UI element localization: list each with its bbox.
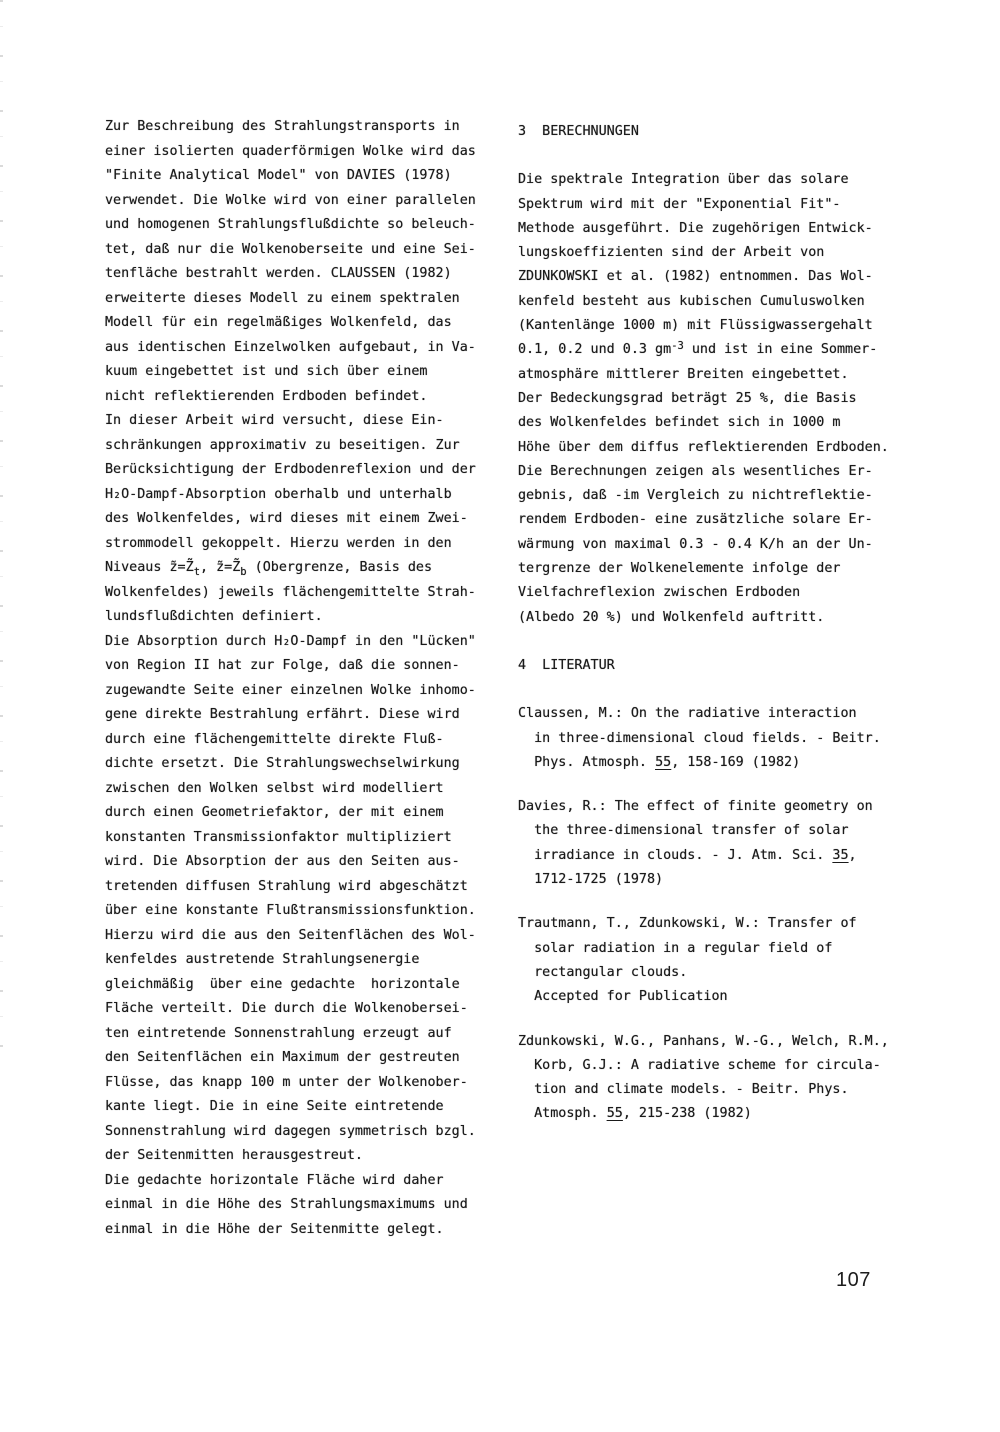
text-line: durch einen Geometriefaktor, der mit ein… xyxy=(105,801,505,826)
underlined-text: 55 xyxy=(655,755,671,770)
text-line: einmal in die Höhe des Strahlungsmaximum… xyxy=(105,1193,505,1218)
text-line: wird. Die Absorption der aus den Seiten … xyxy=(105,850,505,875)
text-line: Die gedachte horizontale Fläche wird dah… xyxy=(105,1169,505,1194)
text-line: dichte ersetzt. Die Strahlungswechselwir… xyxy=(105,752,505,777)
text-line: aus identischen Einzelwolken aufgebaut, … xyxy=(105,336,505,361)
text-line: konstanten Transmissionfaktor multiplizi… xyxy=(105,826,505,851)
text-line: der Seitenmitten herausgestreut. xyxy=(105,1144,505,1169)
text-line: Modell für ein regelmäßiges Wolkenfeld, … xyxy=(105,311,505,336)
text-line: Berücksichtigung der Erdbodenreflexion u… xyxy=(105,458,505,483)
text-line: rectangular clouds. xyxy=(518,961,918,985)
text-line: verwendet. Die Wolke wird von einer para… xyxy=(105,189,505,214)
text-line: gleichmäßig über eine gedachte horizonta… xyxy=(105,973,505,998)
text-line: Niveaus z̃=Z̃t, z̃=Z̃b (Obergrenze, Basi… xyxy=(105,556,505,581)
subscript-text: t xyxy=(194,566,200,578)
text-line: durch eine flächengemittelte direkte Flu… xyxy=(105,728,505,753)
text-line: tet, daß nur die Wolkenoberseite und ein… xyxy=(105,238,505,263)
text-line: Fläche verteilt. Die durch die Wolkenobe… xyxy=(105,997,505,1022)
text-line: 0.1, 0.2 und 0.3 gm-3 und ist in eine So… xyxy=(518,338,918,362)
superscript-text: -3 xyxy=(671,340,684,352)
text-line: tergrenze der Wolkenelemente infolge der xyxy=(518,557,918,581)
reference-entry: Trautmann, T., Zdunkowski, W.: Transfer … xyxy=(518,912,918,1009)
text-line: schränkungen approximativ zu beseitigen.… xyxy=(105,434,505,459)
text-line: Spektrum wird mit der "Exponential Fit"- xyxy=(518,193,918,217)
text-line: des Wolkenfeldes, wird dieses mit einem … xyxy=(105,507,505,532)
reference-entry: Davies, R.: The effect of finite geometr… xyxy=(518,795,918,892)
text-line: irradiance in clouds. - J. Atm. Sci. 35, xyxy=(518,844,918,868)
text-line: und homogenen Strahlungsflußdichte so be… xyxy=(105,213,505,238)
text-line: in three-dimensional cloud fields. - Bei… xyxy=(518,727,918,751)
paragraph: Die spektrale Integration über das solar… xyxy=(518,168,918,630)
text-line: solar radiation in a regular field of xyxy=(518,937,918,961)
text-line: Wolkenfeldes) jeweils flächengemittelte … xyxy=(105,581,505,606)
section-heading: 4 LITERATUR xyxy=(518,654,918,678)
text-line: Trautmann, T., Zdunkowski, W.: Transfer … xyxy=(518,912,918,936)
underlined-text: 35 xyxy=(832,848,848,863)
text-line: Methode ausgeführt. Die zugehörigen Entw… xyxy=(518,217,918,241)
text-line: Flüsse, das knapp 100 m unter der Wolken… xyxy=(105,1071,505,1096)
section-heading: 3 BERECHNUNGEN xyxy=(518,120,918,144)
text-line: Phys. Atmosph. 55, 158-169 (1982) xyxy=(518,751,918,775)
text-line: kenfeld besteht aus kubischen Cumuluswol… xyxy=(518,290,918,314)
text-line: 4 LITERATUR xyxy=(518,654,918,678)
page-number: 107 xyxy=(836,1269,871,1292)
text-line: nicht reflektierenden Erdboden befindet. xyxy=(105,385,505,410)
right-column: 3 BERECHNUNGENDie spektrale Integration … xyxy=(518,120,918,1127)
text-line: Claussen, M.: On the radiative interacti… xyxy=(518,702,918,726)
text-line: 3 BERECHNUNGEN xyxy=(518,120,918,144)
text-line: Der Bedeckungsgrad beträgt 25 %, die Bas… xyxy=(518,387,918,411)
text-line: des Wolkenfeldes befindet sich in 1000 m xyxy=(518,411,918,435)
text-line: In dieser Arbeit wird versucht, diese Ei… xyxy=(105,409,505,434)
text-line: the three-dimensional transfer of solar xyxy=(518,819,918,843)
underlined-text: 55 xyxy=(607,1106,623,1121)
text-line: ten eintretende Sonnenstrahlung erzeugt … xyxy=(105,1022,505,1047)
text-line: über eine konstante Flußtransmissionsfun… xyxy=(105,899,505,924)
text-line: atmosphäre mittlerer Breiten eingebettet… xyxy=(518,363,918,387)
paragraph: Zur Beschreibung des Strahlungstransport… xyxy=(105,115,505,1242)
text-line: tion and climate models. - Beitr. Phys. xyxy=(518,1078,918,1102)
text-line: von Region II hat zur Folge, daß die son… xyxy=(105,654,505,679)
text-line: ZDUNKOWSKI et al. (1982) entnommen. Das … xyxy=(518,265,918,289)
text-line: einmal in die Höhe der Seitenmitte geleg… xyxy=(105,1218,505,1243)
text-line: kante liegt. Die in eine Seite eintreten… xyxy=(105,1095,505,1120)
text-line: erweiterte dieses Modell zu einem spektr… xyxy=(105,287,505,312)
text-line: kenfeldes austretende Strahlungsenergie xyxy=(105,948,505,973)
subscript-text: b xyxy=(240,566,246,578)
text-line: Davies, R.: The effect of finite geometr… xyxy=(518,795,918,819)
text-line: gene direkte Bestrahlung erfährt. Diese … xyxy=(105,703,505,728)
text-line: Accepted for Publication xyxy=(518,985,918,1009)
text-line: lundsflußdichten definiert. xyxy=(105,605,505,630)
text-line: zugewandte Seite einer einzelnen Wolke i… xyxy=(105,679,505,704)
text-line: tretenden diffusen Strahlung wird abgesc… xyxy=(105,875,505,900)
text-line: gebnis, daß -im Vergleich zu nichtreflek… xyxy=(518,484,918,508)
text-line: (Kantenlänge 1000 m) mit Flüssigwasserge… xyxy=(518,314,918,338)
text-line: (Albedo 20 %) und Wolkenfeld auftritt. xyxy=(518,606,918,630)
text-line: Zdunkowski, W.G., Panhans, W.-G., Welch,… xyxy=(518,1030,918,1054)
text-line: Korb, G.J.: A radiative scheme for circu… xyxy=(518,1054,918,1078)
text-line: Vielfachreflexion zwischen Erdboden xyxy=(518,581,918,605)
text-line: Die Berechnungen zeigen als wesentliches… xyxy=(518,460,918,484)
text-line: strommodell gekoppelt. Hierzu werden in … xyxy=(105,532,505,557)
scanned-paper-page: Zur Beschreibung des Strahlungstransport… xyxy=(0,0,1000,1432)
text-line: Hierzu wird die aus den Seitenflächen de… xyxy=(105,924,505,949)
reference-entry: Zdunkowski, W.G., Panhans, W.-G., Welch,… xyxy=(518,1030,918,1127)
text-line: Höhe über dem diffus reflektierenden Erd… xyxy=(518,436,918,460)
text-line: Zur Beschreibung des Strahlungstransport… xyxy=(105,115,505,140)
scan-edge-artifact xyxy=(0,0,3,1060)
text-line: zwischen den Wolken selbst wird modellie… xyxy=(105,777,505,802)
text-line: Sonnenstrahlung wird dagegen symmetrisch… xyxy=(105,1120,505,1145)
text-line: Die spektrale Integration über das solar… xyxy=(518,168,918,192)
text-line: wärmung von maximal 0.3 - 0.4 K/h an der… xyxy=(518,533,918,557)
text-line: den Seitenflächen ein Maximum der gestre… xyxy=(105,1046,505,1071)
reference-entry: Claussen, M.: On the radiative interacti… xyxy=(518,702,918,775)
text-line: Die Absorption durch H₂O-Dampf in den "L… xyxy=(105,630,505,655)
text-line: tenfläche bestrahlt werden. CLAUSSEN (19… xyxy=(105,262,505,287)
text-line: kuum eingebettet ist und sich über einem xyxy=(105,360,505,385)
text-line: 1712-1725 (1978) xyxy=(518,868,918,892)
text-line: H₂O-Dampf-Absorption oberhalb und unterh… xyxy=(105,483,505,508)
text-line: rendem Erdboden- eine zusätzliche solare… xyxy=(518,508,918,532)
text-line: einer isolierten quaderförmigen Wolke wi… xyxy=(105,140,505,165)
text-line: "Finite Analytical Model" von DAVIES (19… xyxy=(105,164,505,189)
text-line: lungskoeffizienten sind der Arbeit von xyxy=(518,241,918,265)
text-line: Atmosph. 55, 215-238 (1982) xyxy=(518,1102,918,1126)
left-column: Zur Beschreibung des Strahlungstransport… xyxy=(105,115,505,1242)
